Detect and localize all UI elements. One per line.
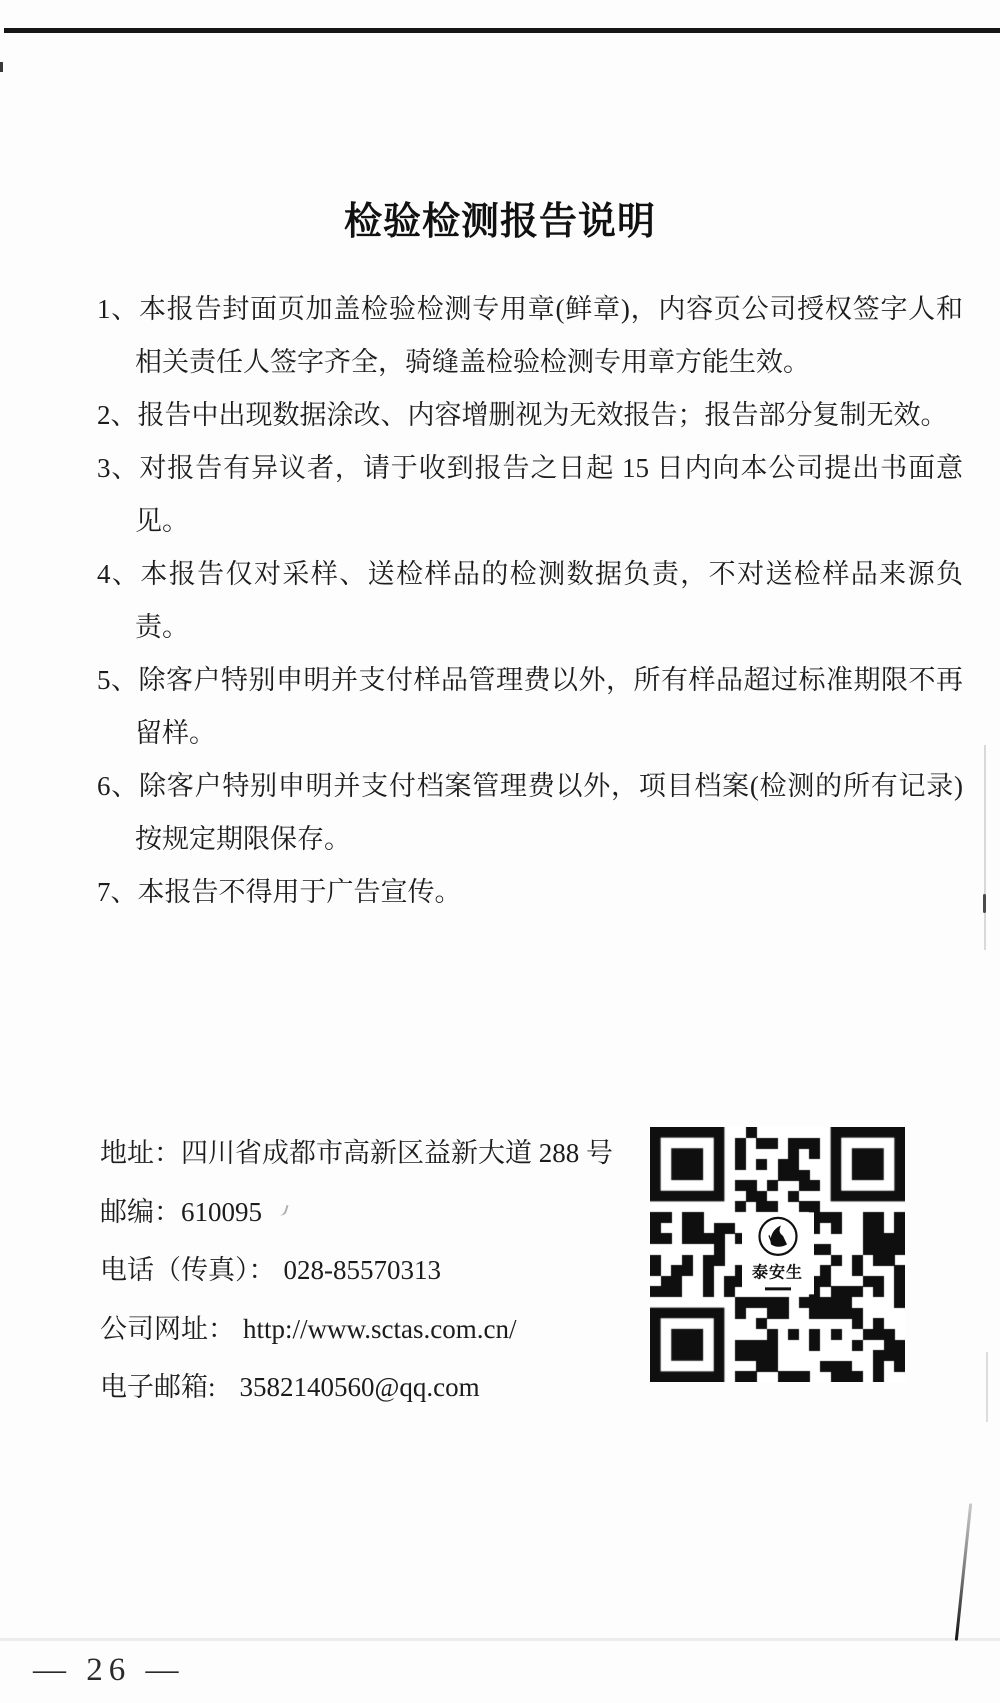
contact-value-email: 3582140560@qq.com: [240, 1372, 480, 1402]
contact-value-postcode: 610095: [181, 1197, 262, 1227]
contact-label-address: 地址：: [100, 1138, 181, 1168]
contact-row-website: 公司网址：http://www.sctas.com.cn/: [100, 1300, 620, 1359]
contact-value-website: http://www.sctas.com.cn/: [243, 1314, 516, 1344]
scan-artifact-pen-stroke: [955, 1503, 972, 1641]
notice-item-4: 4、本报告仅对采样、送检样品的检测数据负责，不对送检样品来源负责。: [97, 548, 963, 654]
notice-item-1: 1、本报告封面页加盖检验检测专用章(鲜章)，内容页公司授权签字人和相关责任人签字…: [97, 283, 963, 389]
notice-item-6: 6、除客户特别申明并支付档案管理费以外，项目档案(检测的所有记录)按规定期限保存…: [97, 760, 963, 866]
contact-label-website: 公司网址：: [100, 1314, 235, 1344]
contact-row-postcode: 邮编：610095: [100, 1183, 620, 1242]
contact-block: 地址：四川省成都市高新区益新大道 288 号 邮编：610095 电话（传真）：…: [100, 1124, 620, 1417]
scan-top-border: [4, 28, 1000, 33]
page-number: — 26 —: [33, 1652, 185, 1689]
scan-artifact-left-edge-dot: [0, 62, 3, 72]
qr-code: 泰安生: [650, 1127, 905, 1382]
contact-row-phone: 电话（传真）：028-85570313: [100, 1241, 620, 1300]
contact-value-address: 四川省成都市高新区益新大道 288 号: [181, 1138, 613, 1168]
contact-label-phone: 电话（传真）：: [100, 1255, 276, 1285]
contact-label-postcode: 邮编：: [100, 1197, 181, 1227]
scan-footer-line: [0, 1638, 1000, 1641]
scan-artifact-right-edge-mark: [983, 894, 986, 913]
scan-artifact-right-edge-line: [984, 745, 986, 950]
contact-row-email: 电子邮箱:3582140560@qq.com: [100, 1358, 620, 1417]
scanned-report-page: 检验检测报告说明 1、本报告封面页加盖检验检测专用章(鲜章)，内容页公司授权签字…: [0, 0, 1000, 1703]
qr-logo-underline: [765, 1287, 791, 1290]
notice-item-5: 5、除客户特别申明并支付样品管理费以外，所有样品超过标准期限不再留样。: [97, 654, 963, 760]
contact-value-phone: 028-85570313: [284, 1255, 442, 1285]
qr-center-logo: 泰安生: [742, 1212, 814, 1294]
scan-artifact-right-edge-line-lower: [986, 1352, 988, 1422]
swan-logo-icon: [757, 1215, 799, 1257]
notice-list: 1、本报告封面页加盖检验检测专用章(鲜章)，内容页公司授权签字人和相关责任人签字…: [97, 283, 963, 919]
contact-row-address: 地址：四川省成都市高新区益新大道 288 号: [100, 1124, 620, 1183]
contact-label-email: 电子邮箱:: [100, 1372, 216, 1402]
notice-item-3: 3、对报告有异议者，请于收到报告之日起 15 日内向本公司提出书面意见。: [97, 442, 963, 548]
notice-item-7: 7、本报告不得用于广告宣传。: [97, 866, 963, 919]
qr-brand-label: 泰安生: [742, 1259, 814, 1282]
notice-item-2: 2、报告中出现数据涂改、内容增删视为无效报告；报告部分复制无效。: [97, 389, 963, 442]
page-title: 检验检测报告说明: [0, 190, 1000, 245]
